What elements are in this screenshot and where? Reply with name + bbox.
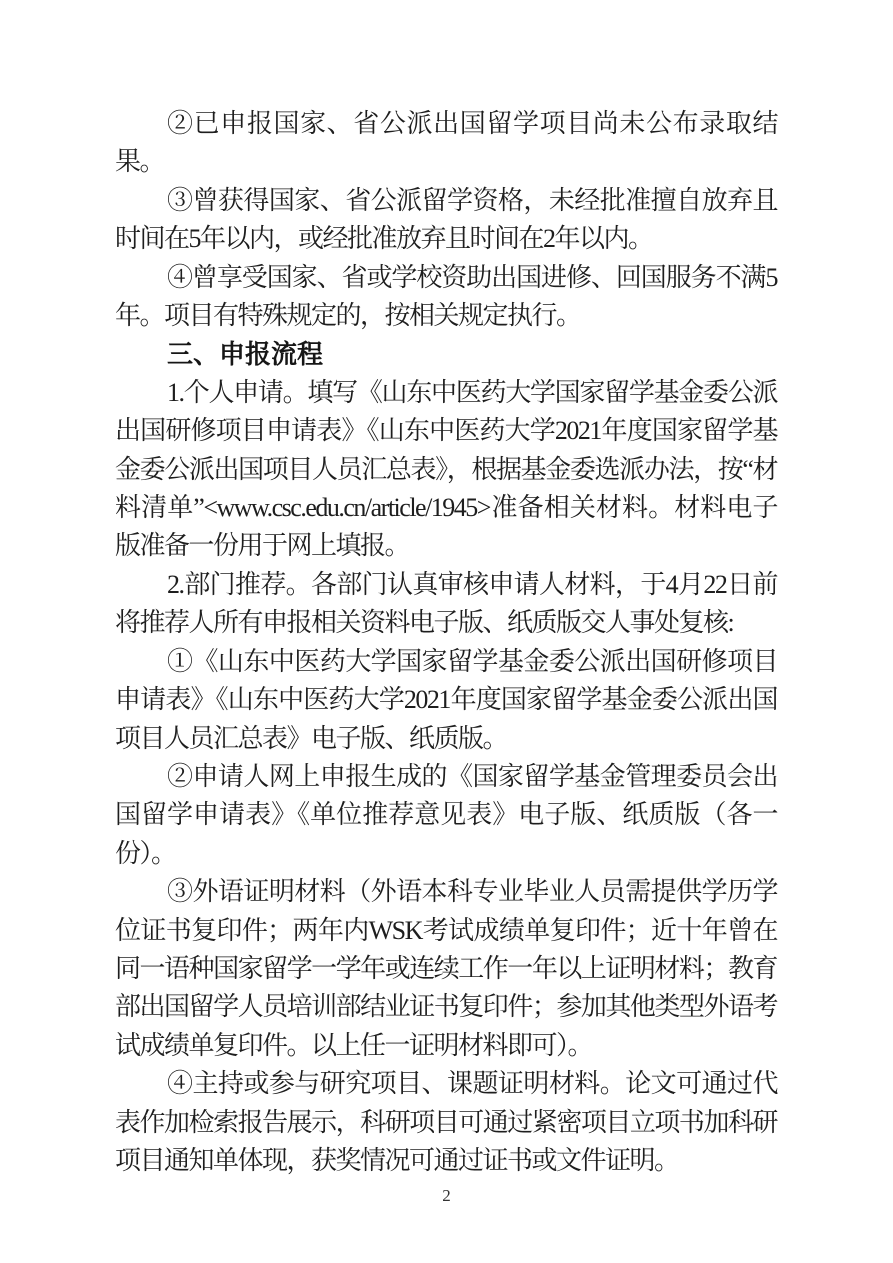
doc-paragraph-6: 2.部门推荐。各部门认真审核申请人材料，于4月22日前将推荐人所有申报相关资料电…	[115, 566, 777, 643]
section-heading: 三、申报流程	[115, 335, 777, 373]
doc-paragraph-7: ①《山东中医药大学国家留学基金委公派出国研修项目申请表》《山东中医药大学2021…	[115, 643, 777, 758]
doc-paragraph-8: ②申请人网上申报生成的《国家留学基金管理委员会出国留学申请表》《单位推荐意见表》…	[115, 758, 777, 873]
doc-paragraph-3: ④曾享受国家、省或学校资助出国进修、回国服务不满5年。项目有特殊规定的，按相关规…	[115, 259, 777, 336]
doc-paragraph-5: 1.个人申请。填写《山东中医药大学国家留学基金委公派出国研修项目申请表》《山东中…	[115, 374, 777, 566]
document-body: ②已申报国家、省公派出国留学项目尚未公布录取结果。③曾获得国家、省公派留学资格，…	[115, 105, 777, 1180]
doc-paragraph-2: ③曾获得国家、省公派留学资格，未经批准擅自放弃且时间在5年以内，或经批准放弃且时…	[115, 182, 777, 259]
page-number: 2	[0, 1186, 893, 1206]
document-page: ②已申报国家、省公派出国留学项目尚未公布录取结果。③曾获得国家、省公派留学资格，…	[0, 0, 893, 1263]
doc-paragraph-10: ④主持或参与研究项目、课题证明材料。论文可通过代表作加检索报告展示，科研项目可通…	[115, 1065, 777, 1180]
doc-paragraph-1: ②已申报国家、省公派出国留学项目尚未公布录取结果。	[115, 105, 777, 182]
doc-paragraph-9: ③外语证明材料（外语本科专业毕业人员需提供学历学位证书复印件；两年内WSK考试成…	[115, 873, 777, 1065]
